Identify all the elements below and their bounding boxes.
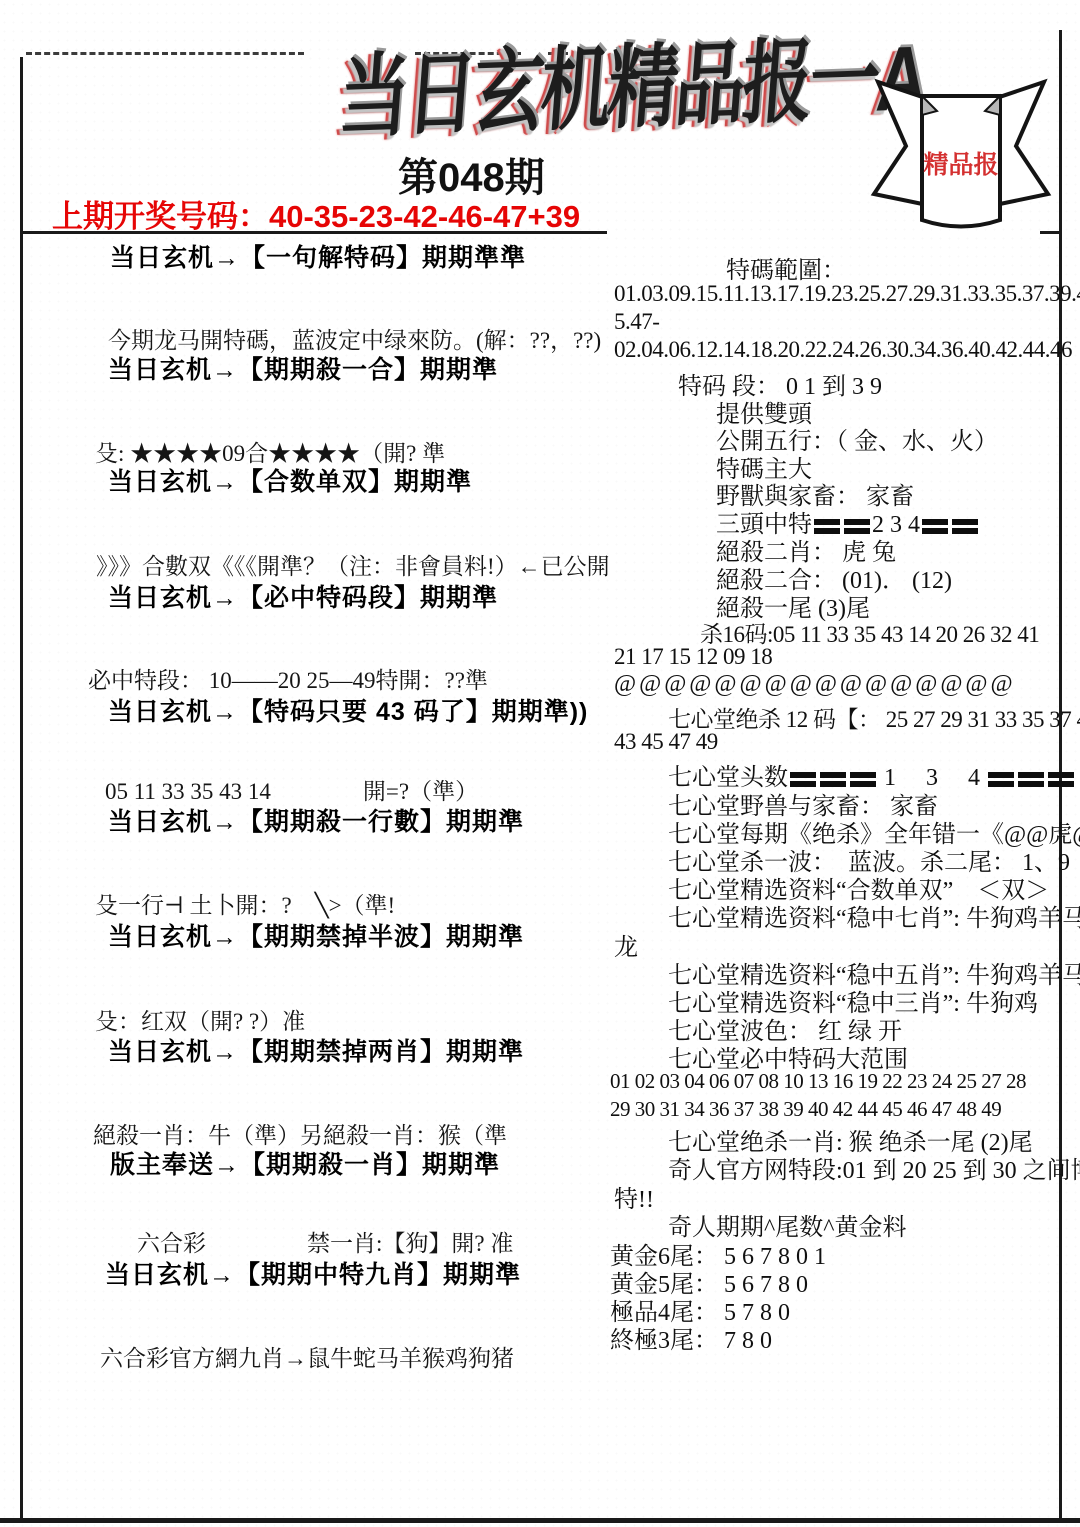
bottom-border bbox=[0, 1518, 1080, 1523]
left-section-tip: 殳一行⊣ 土卜開：? ╲>（準! bbox=[95, 887, 395, 920]
right-line: 龙 bbox=[614, 927, 638, 962]
double-bar-icon bbox=[820, 772, 846, 787]
left-section-headline: 当日玄机→【期期殺一合】期期準 bbox=[108, 350, 498, 386]
left-section-headline: 当日玄机→【必中特码段】期期準 bbox=[108, 578, 498, 614]
right-line: 特碼範圍： bbox=[726, 250, 846, 285]
last-draw-numbers: 上期开奖号码：40-35-23-42-46-47+39 bbox=[52, 191, 580, 236]
left-section-headline: 版主奉送→【期期殺一肖】期期準 bbox=[110, 1145, 500, 1181]
left-section-headline: 当日玄机→【一句解特码】期期準準 bbox=[110, 238, 526, 274]
left-section-tip: 》》》合數双《《《開準？（注：非會員料!）←已公開 bbox=[96, 548, 610, 581]
double-bar-icon bbox=[922, 519, 948, 534]
left-border bbox=[20, 57, 23, 1521]
right-line-numbers: 43 45 47 49 bbox=[614, 729, 718, 755]
right-line-numbers: 02.04.06.12.14.18.20.22.24.26.30.34.36.4… bbox=[614, 337, 1072, 363]
right-line-tail-3: 終極3尾： 7 8 0 bbox=[610, 1320, 772, 1355]
left-section-headline: 当日玄机→【特码只要 43 码了】期期準)) bbox=[108, 692, 588, 728]
left-section-headline: 当日玄机→【期期殺一行數】期期準 bbox=[108, 802, 524, 838]
left-section-tip: 六合彩官方網九肖→鼠牛蛇马羊猴鸡狗猪 bbox=[100, 1340, 514, 1373]
right-line-numbers: 01.03.09.15.11.13.17.19.23.25.27.29.31.3… bbox=[614, 281, 1080, 307]
right-line-at-row: @@@@@@@@@@@@@@@@ bbox=[614, 671, 1016, 698]
double-bar-icon bbox=[1048, 772, 1074, 787]
double-bar-icon bbox=[952, 519, 978, 534]
right-line-numbers: 七心堂绝杀 12 码【： 25 27 29 31 33 35 37 41 bbox=[668, 701, 1080, 734]
scanned-lottery-sheet: { "header": { "masthead": "当日玄机精品报一A", "… bbox=[0, 0, 1080, 1527]
left-section-headline: 当日玄机→【期期禁掉半波】期期準 bbox=[108, 917, 524, 953]
clipped-text-remnant bbox=[26, 52, 304, 55]
ribbon-badge-label: 精品报 bbox=[923, 150, 998, 179]
double-bar-icon bbox=[988, 772, 1014, 787]
ribbon-badge: 精品报 bbox=[858, 70, 1063, 240]
right-line: 特!! bbox=[614, 1179, 654, 1214]
right-line: 奇人官方网特段:01 到 20 25 到 30 之间博 bbox=[668, 1150, 1080, 1185]
right-line-numbers: 01 02 03 04 06 07 08 10 13 16 19 22 23 2… bbox=[610, 1069, 1026, 1094]
left-section-label: 六合彩 bbox=[137, 1225, 206, 1258]
right-line-numbers: 5.47- bbox=[614, 309, 659, 335]
right-line-numbers: 29 30 31 34 36 37 38 39 40 42 44 45 46 4… bbox=[610, 1097, 1001, 1122]
left-section-headline: 当日玄机→【期期禁掉两肖】期期準 bbox=[108, 1032, 524, 1068]
double-bar-icon bbox=[850, 772, 876, 787]
double-bar-icon bbox=[790, 772, 816, 787]
masthead-title: 当日玄机精品报一A bbox=[335, 5, 930, 156]
left-section-headline: 当日玄机→【合数单双】期期準 bbox=[108, 462, 472, 498]
left-section-headline: 当日玄机→【期期中特九肖】期期準 bbox=[105, 1255, 521, 1291]
left-section-tip: 禁一肖:【狗】開? 准 bbox=[307, 1225, 513, 1258]
right-line-numbers: 21 17 15 12 09 18 bbox=[614, 644, 772, 670]
left-section-tip: 必中特段： 10——20 25—49特開：??準 bbox=[88, 662, 488, 695]
double-bar-icon bbox=[1018, 772, 1044, 787]
right-line: 七心堂精选资料“稳中七肖”: 牛狗鸡羊马蛇 bbox=[668, 898, 1080, 933]
